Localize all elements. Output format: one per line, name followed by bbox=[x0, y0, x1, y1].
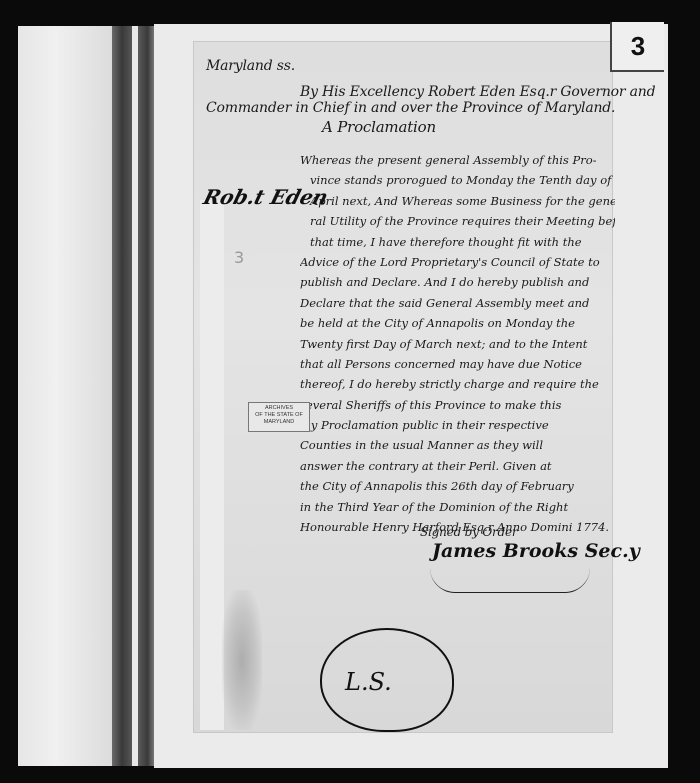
body-line: that time, I have therefore thought fit … bbox=[300, 232, 615, 252]
body-line: my Proclamation public in their respecti… bbox=[300, 415, 615, 435]
body-line: the City of Annapolis this 26th day of F… bbox=[300, 476, 615, 496]
body-line: answer the contrary at their Peril. Give… bbox=[300, 456, 615, 476]
body-line: be held at the City of Annapolis on Mond… bbox=[300, 313, 615, 333]
body-line: Whereas the present general Assembly of … bbox=[300, 150, 615, 170]
body-line: several Sheriffs of this Province to mak… bbox=[300, 395, 615, 415]
body-line: ral Utility of the Province requires the… bbox=[300, 211, 615, 231]
signature-flourish bbox=[430, 568, 590, 593]
issuer-heading-line-1: By His Excellency Robert Eden Esq.r Gove… bbox=[300, 84, 655, 100]
body-line: publish and Declare. And I do hereby pub… bbox=[300, 272, 615, 292]
body-line: thereof, I do hereby strictly charge and… bbox=[300, 374, 615, 394]
proclamation-body: Whereas the present general Assembly of … bbox=[300, 150, 615, 537]
paper-margin-strip bbox=[200, 200, 224, 730]
signed-by-order: Signed by Order bbox=[420, 525, 517, 539]
document-title: A Proclamation bbox=[322, 118, 436, 136]
body-line: vince stands prorogued to Monday the Ten… bbox=[300, 170, 615, 190]
body-line: that all Persons concerned may have due … bbox=[300, 354, 615, 374]
scanned-document-frame: 3 Maryland ss. By His Excellency Robert … bbox=[0, 0, 700, 783]
place-heading: Maryland ss. bbox=[206, 58, 295, 74]
body-line: Advice of the Lord Proprietary's Council… bbox=[300, 252, 615, 272]
body-line: in the Third Year of the Dominion of the… bbox=[300, 497, 615, 517]
body-line: April next, And Whereas some Business fo… bbox=[300, 191, 615, 211]
pencil-folio-mark: 3 bbox=[234, 248, 244, 267]
body-line: Counties in the usual Manner as they wil… bbox=[300, 435, 615, 455]
left-blank-leaf bbox=[18, 26, 112, 766]
secretary-signature: James Brooks Sec.y bbox=[432, 540, 640, 562]
archives-stamp-line-2: OF THE STATE OF bbox=[249, 412, 309, 419]
body-line: Declare that the said General Assembly m… bbox=[300, 293, 615, 313]
page-number-label: 3 bbox=[610, 22, 664, 72]
archives-stamp-line-1: ARCHIVES bbox=[249, 405, 309, 412]
locus-sigilli-mark: L.S. bbox=[345, 668, 392, 696]
archives-stamp: ARCHIVES OF THE STATE OF MARYLAND bbox=[248, 402, 310, 432]
issuer-heading-line-2: Commander in Chief in and over the Provi… bbox=[206, 100, 615, 116]
binding-gutter-shadow bbox=[112, 26, 132, 766]
paper-stain bbox=[222, 590, 262, 730]
archives-stamp-line-3: MARYLAND bbox=[249, 419, 309, 426]
binding-gutter-shadow-2 bbox=[138, 26, 154, 766]
body-line: Twenty first Day of March next; and to t… bbox=[300, 334, 615, 354]
